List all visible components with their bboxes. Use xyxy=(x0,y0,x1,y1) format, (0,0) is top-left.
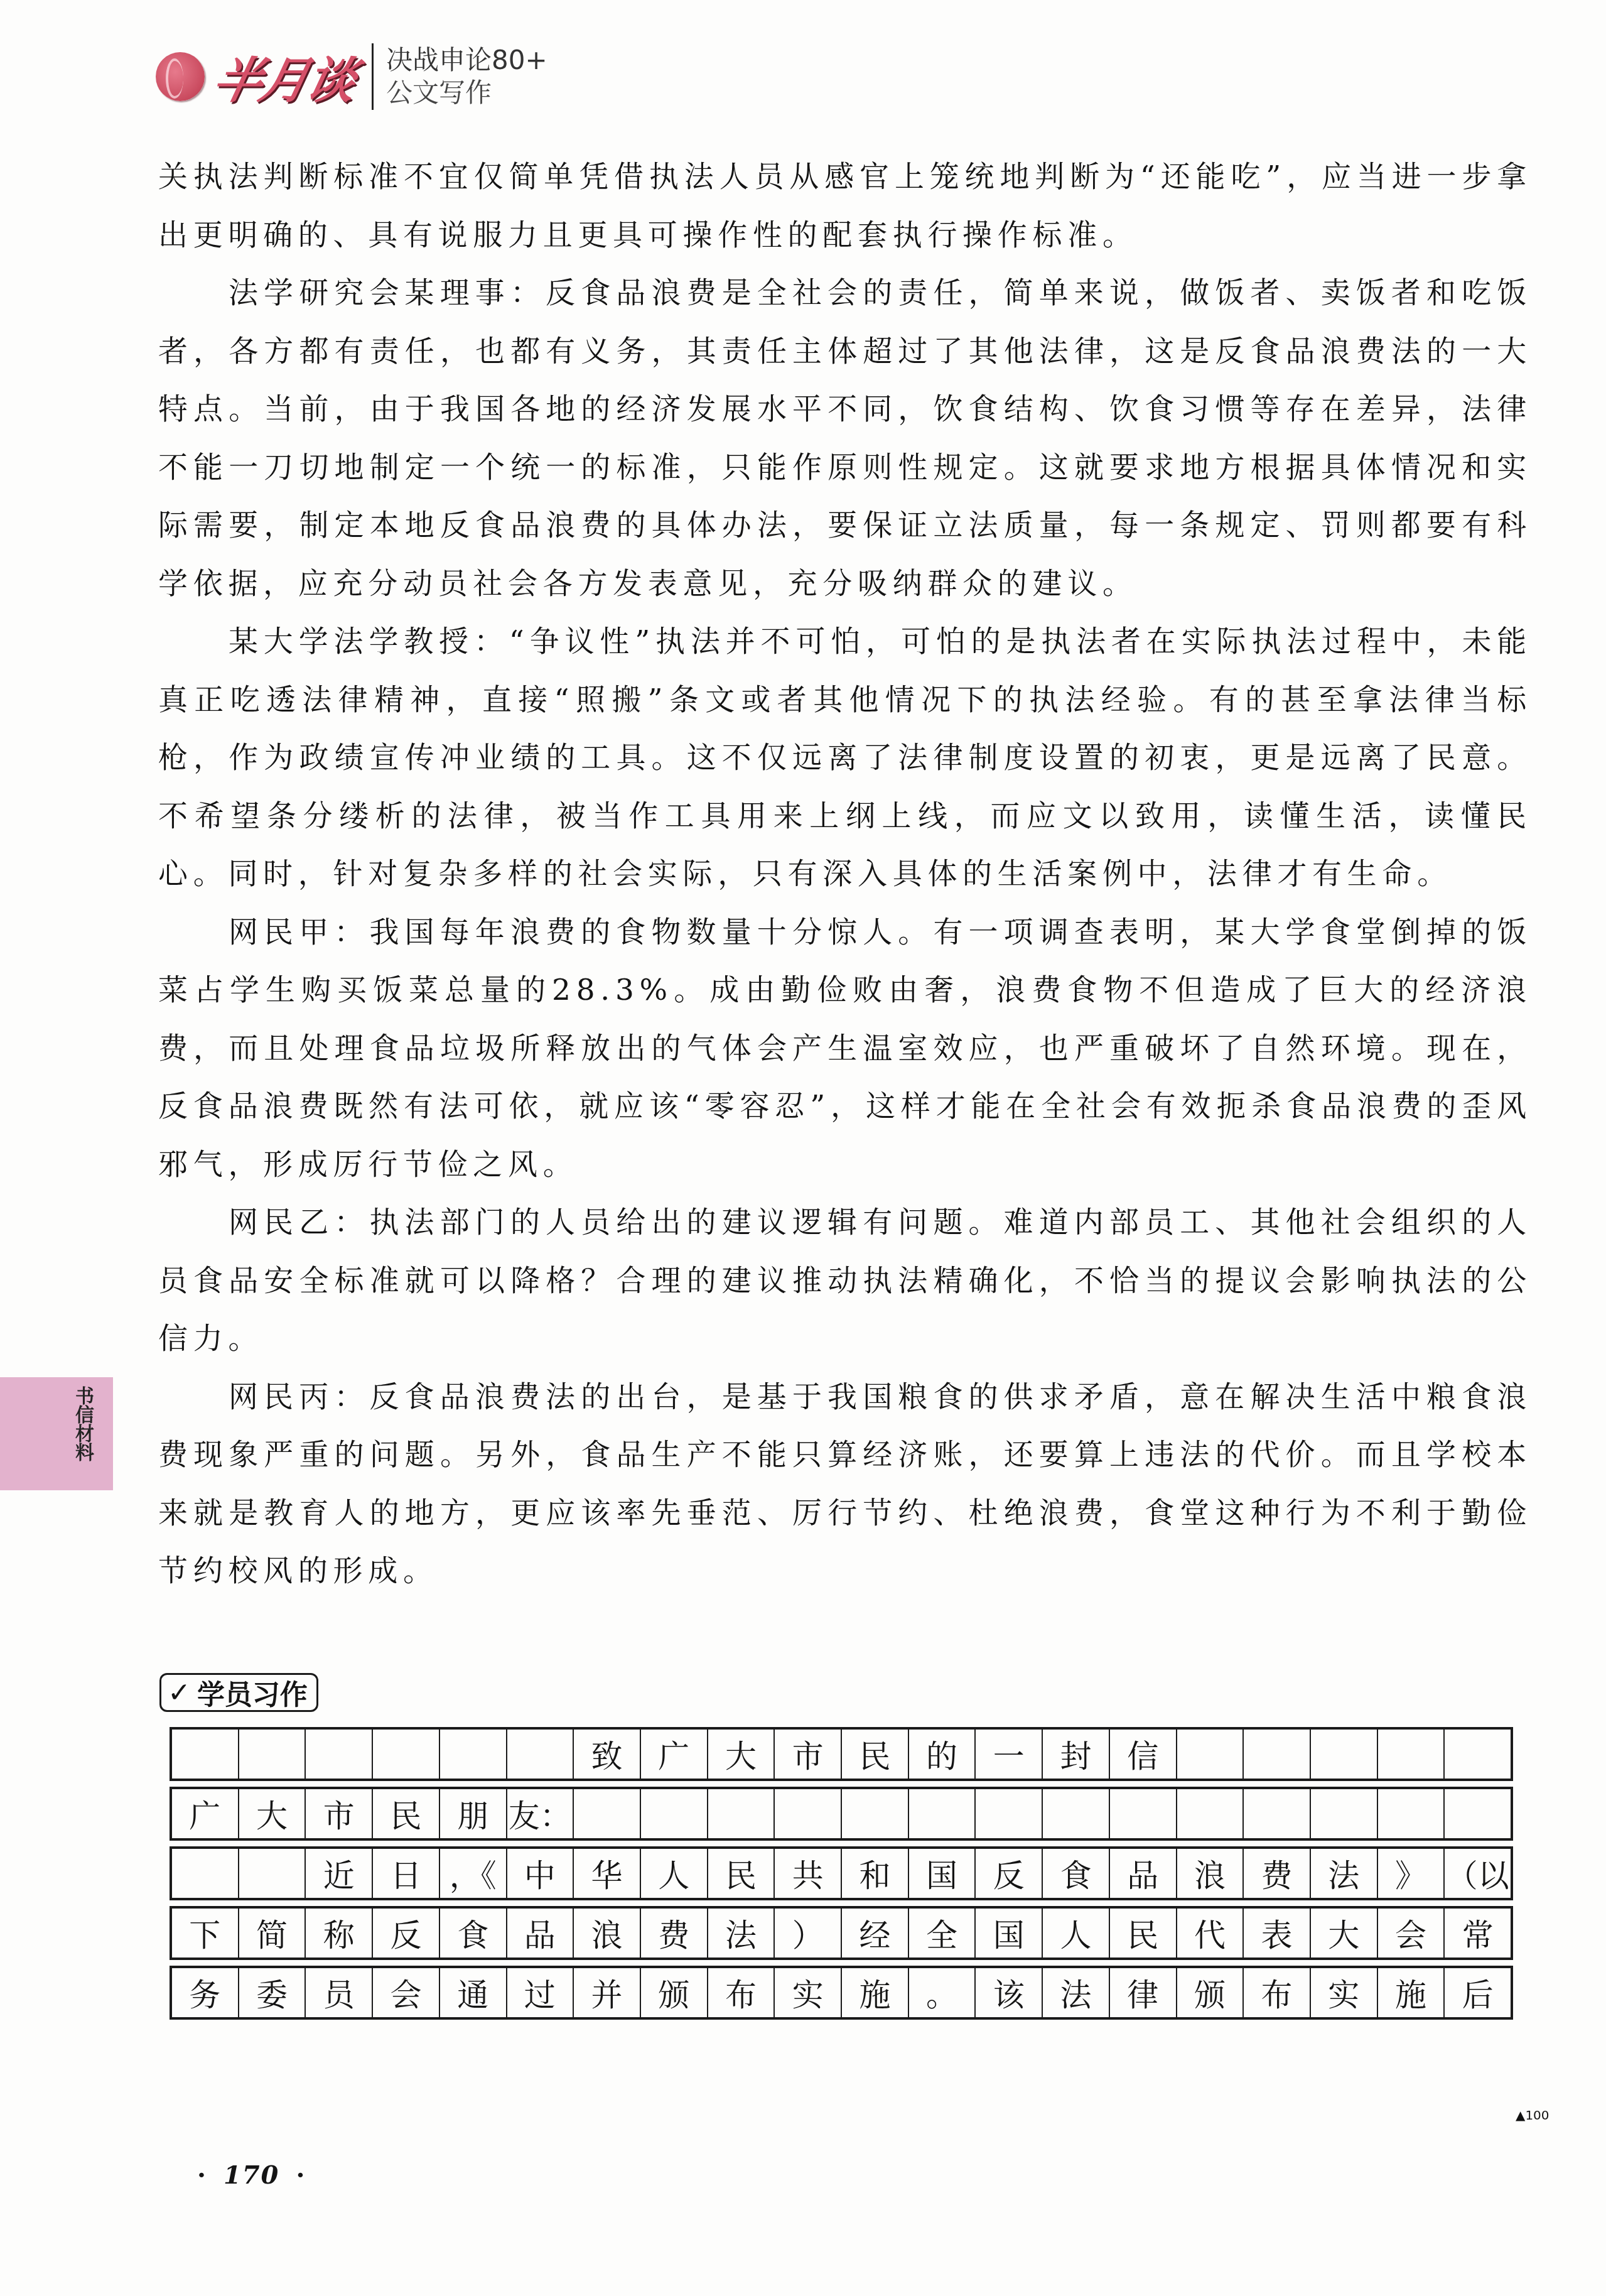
grid-cell xyxy=(172,1730,239,1779)
grid-cell: 华 xyxy=(574,1849,641,1898)
grid-cell: （以 xyxy=(1445,1849,1511,1898)
logo-text: 半月谈 xyxy=(207,41,362,112)
grid-cell: 布 xyxy=(708,1968,775,2017)
grid-cell xyxy=(1244,1789,1311,1838)
grid-cell: 表 xyxy=(1244,1909,1311,1958)
grid-cell xyxy=(909,1789,976,1838)
grid-cell: 过 xyxy=(507,1968,574,2017)
grid-cell: 市 xyxy=(775,1730,842,1779)
writing-grid: 致广大市民的一封信广大市民朋友：近日，《中华人民共和国反食品浪费法》（以下简称反… xyxy=(170,1727,1513,2025)
grid-cell: 常 xyxy=(1445,1909,1511,1958)
page-number-dot-right: · xyxy=(296,2160,306,2190)
grid-row: 致广大市民的一封信 xyxy=(170,1727,1513,1781)
grid-cell xyxy=(1445,1789,1511,1838)
paragraph-netizen-c: 网民丙：反食品浪费法的出台，是基于我国粮食的供求矛盾，意在解决生活中粮食浪费现象… xyxy=(158,1368,1532,1601)
grid-cell: 会 xyxy=(373,1968,440,2017)
page-number: ·170· xyxy=(181,2160,322,2190)
word-count-marker: ▲100 xyxy=(1516,2108,1549,2123)
grid-cell: 法 xyxy=(1043,1968,1110,2017)
grid-cell xyxy=(775,1789,842,1838)
logo-emblem-icon xyxy=(156,52,205,101)
grid-row: 广大市民朋友： xyxy=(170,1787,1513,1841)
grid-cell xyxy=(373,1730,440,1779)
grid-cell: 致 xyxy=(574,1730,641,1779)
grid-cell: 朋 xyxy=(440,1789,507,1838)
grid-cell xyxy=(1177,1730,1244,1779)
grid-cell: 颁 xyxy=(641,1968,708,2017)
grid-cell: 日 xyxy=(373,1849,440,1898)
grid-cell xyxy=(1110,1789,1177,1838)
grid-cell: 务 xyxy=(172,1968,239,2017)
grid-cell xyxy=(1445,1730,1511,1779)
check-icon: ✓ xyxy=(168,1677,191,1709)
material-text: 关执法判断标准不宜仅简单凭借执法人员从感官上笼统地判断为“还能吃”，应当进一步拿… xyxy=(158,148,1532,1601)
grid-cell: 大 xyxy=(1311,1909,1378,1958)
grid-cell: 大 xyxy=(239,1789,306,1838)
paragraph-law-professor: 某大学法学教授：“争议性”执法并不可怕，可怕的是执法者在实际执法过程中，未能真正… xyxy=(158,613,1532,904)
grid-cell xyxy=(172,1849,239,1898)
grid-cell: 民 xyxy=(373,1789,440,1838)
grid-cell: 近 xyxy=(306,1849,373,1898)
grid-cell: 食 xyxy=(440,1909,507,1958)
grid-cell xyxy=(1311,1789,1378,1838)
grid-cell: 浪 xyxy=(1177,1849,1244,1898)
grid-cell xyxy=(574,1789,641,1838)
grid-cell: 反 xyxy=(976,1849,1043,1898)
grid-cell xyxy=(239,1849,306,1898)
grid-cell: 实 xyxy=(775,1968,842,2017)
section-tag-student-essay: ✓ 学员习作 xyxy=(159,1673,318,1712)
grid-cell: 国 xyxy=(976,1909,1043,1958)
paragraph-continued: 关执法判断标准不宜仅简单凭借执法人员从感官上笼统地判断为“还能吃”，应当进一步拿… xyxy=(158,148,1532,264)
grid-cell: 民 xyxy=(1110,1909,1177,1958)
page-number-dot-left: · xyxy=(197,2160,207,2190)
grid-cell xyxy=(708,1789,775,1838)
grid-cell: 法 xyxy=(708,1909,775,1958)
paragraph-law-society: 法学研究会某理事：反食品浪费是全社会的责任，简单来说，做饭者、卖饭者和吃饭者，各… xyxy=(158,264,1532,613)
grid-cell xyxy=(842,1789,909,1838)
grid-cell: 民 xyxy=(708,1849,775,1898)
grid-cell: 实 xyxy=(1311,1968,1378,2017)
grid-cell: 后 xyxy=(1445,1968,1511,2017)
grid-cell: 费 xyxy=(1244,1849,1311,1898)
grid-cell: 浪 xyxy=(574,1909,641,1958)
grid-cell: 费 xyxy=(641,1909,708,1958)
grid-cell: 市 xyxy=(306,1789,373,1838)
grid-cell: 食 xyxy=(1043,1849,1110,1898)
grid-cell xyxy=(641,1789,708,1838)
paragraph-netizen-b: 网民乙：执法部门的人员给出的建议逻辑有问题。难道内部员工、其他社会组织的人员食品… xyxy=(158,1194,1532,1368)
grid-cell: 会 xyxy=(1378,1909,1445,1958)
header-divider xyxy=(372,43,374,110)
grid-cell: 。 xyxy=(909,1968,976,2017)
grid-cell xyxy=(1177,1789,1244,1838)
section-tag-label: 学员习作 xyxy=(197,1672,308,1713)
grid-cell: 法 xyxy=(1311,1849,1378,1898)
grid-cell: 的 xyxy=(909,1730,976,1779)
grid-cell: 品 xyxy=(507,1909,574,1958)
grid-cell: 下 xyxy=(172,1909,239,1958)
grid-cell: 反 xyxy=(373,1909,440,1958)
grid-cell: 友： xyxy=(507,1789,574,1838)
grid-cell: 颁 xyxy=(1177,1968,1244,2017)
grid-cell: 人 xyxy=(1043,1909,1110,1958)
grid-cell: 该 xyxy=(976,1968,1043,2017)
grid-cell: 品 xyxy=(1110,1849,1177,1898)
side-tab-label: 书信材料 xyxy=(72,1386,94,1461)
publisher-logo: 半月谈 xyxy=(156,41,354,112)
grid-cell: 人 xyxy=(641,1849,708,1898)
grid-cell: 称 xyxy=(306,1909,373,1958)
grid-cell xyxy=(1378,1789,1445,1838)
grid-cell: 施 xyxy=(842,1968,909,2017)
book-subtitle: 公文写作 xyxy=(386,77,547,109)
grid-cell xyxy=(1244,1730,1311,1779)
grid-cell: 中 xyxy=(507,1849,574,1898)
grid-cell: 广 xyxy=(641,1730,708,1779)
grid-cell xyxy=(976,1789,1043,1838)
paragraph-netizen-a: 网民甲：我国每年浪费的食物数量十分惊人。有一项调查表明，某大学食堂倒掉的饭菜占学… xyxy=(158,904,1532,1194)
grid-cell: 并 xyxy=(574,1968,641,2017)
grid-cell: 国 xyxy=(909,1849,976,1898)
grid-cell xyxy=(239,1730,306,1779)
grid-cell: 员 xyxy=(306,1968,373,2017)
grid-cell: 民 xyxy=(842,1730,909,1779)
grid-cell: ，《 xyxy=(440,1849,507,1898)
grid-cell: 大 xyxy=(708,1730,775,1779)
grid-cell: ） xyxy=(775,1909,842,1958)
grid-row: 近日，《中华人民共和国反食品浪费法》（以 xyxy=(170,1846,1513,1900)
grid-cell xyxy=(507,1730,574,1779)
grid-cell: 律 xyxy=(1110,1968,1177,2017)
grid-cell xyxy=(1043,1789,1110,1838)
grid-cell: 布 xyxy=(1244,1968,1311,2017)
book-titles: 决战申论80+ 公文写作 xyxy=(386,44,547,109)
grid-cell: 委 xyxy=(239,1968,306,2017)
grid-row: 务委员会通过并颁布实施。该法律颁布实施后 xyxy=(170,1966,1513,2020)
grid-cell xyxy=(1311,1730,1378,1779)
grid-cell xyxy=(306,1730,373,1779)
grid-cell xyxy=(1378,1730,1445,1779)
grid-cell: 广 xyxy=(172,1789,239,1838)
side-tab: 书信材料 xyxy=(0,1377,113,1490)
page-header: 半月谈 决战申论80+ 公文写作 xyxy=(156,39,547,114)
grid-cell: 和 xyxy=(842,1849,909,1898)
grid-cell xyxy=(440,1730,507,1779)
grid-cell: 全 xyxy=(909,1909,976,1958)
grid-row: 下简称反食品浪费法）经全国人民代表大会常 xyxy=(170,1906,1513,1960)
grid-cell: 代 xyxy=(1177,1909,1244,1958)
grid-cell: 信 xyxy=(1110,1730,1177,1779)
grid-cell: 》 xyxy=(1378,1849,1445,1898)
grid-cell: 一 xyxy=(976,1730,1043,1779)
grid-cell: 封 xyxy=(1043,1730,1110,1779)
grid-cell: 简 xyxy=(239,1909,306,1958)
grid-cell: 施 xyxy=(1378,1968,1445,2017)
grid-cell: 共 xyxy=(775,1849,842,1898)
page-number-value: 170 xyxy=(224,2160,280,2190)
series-title: 决战申论80+ xyxy=(386,44,547,77)
grid-cell: 经 xyxy=(842,1909,909,1958)
grid-cell: 通 xyxy=(440,1968,507,2017)
